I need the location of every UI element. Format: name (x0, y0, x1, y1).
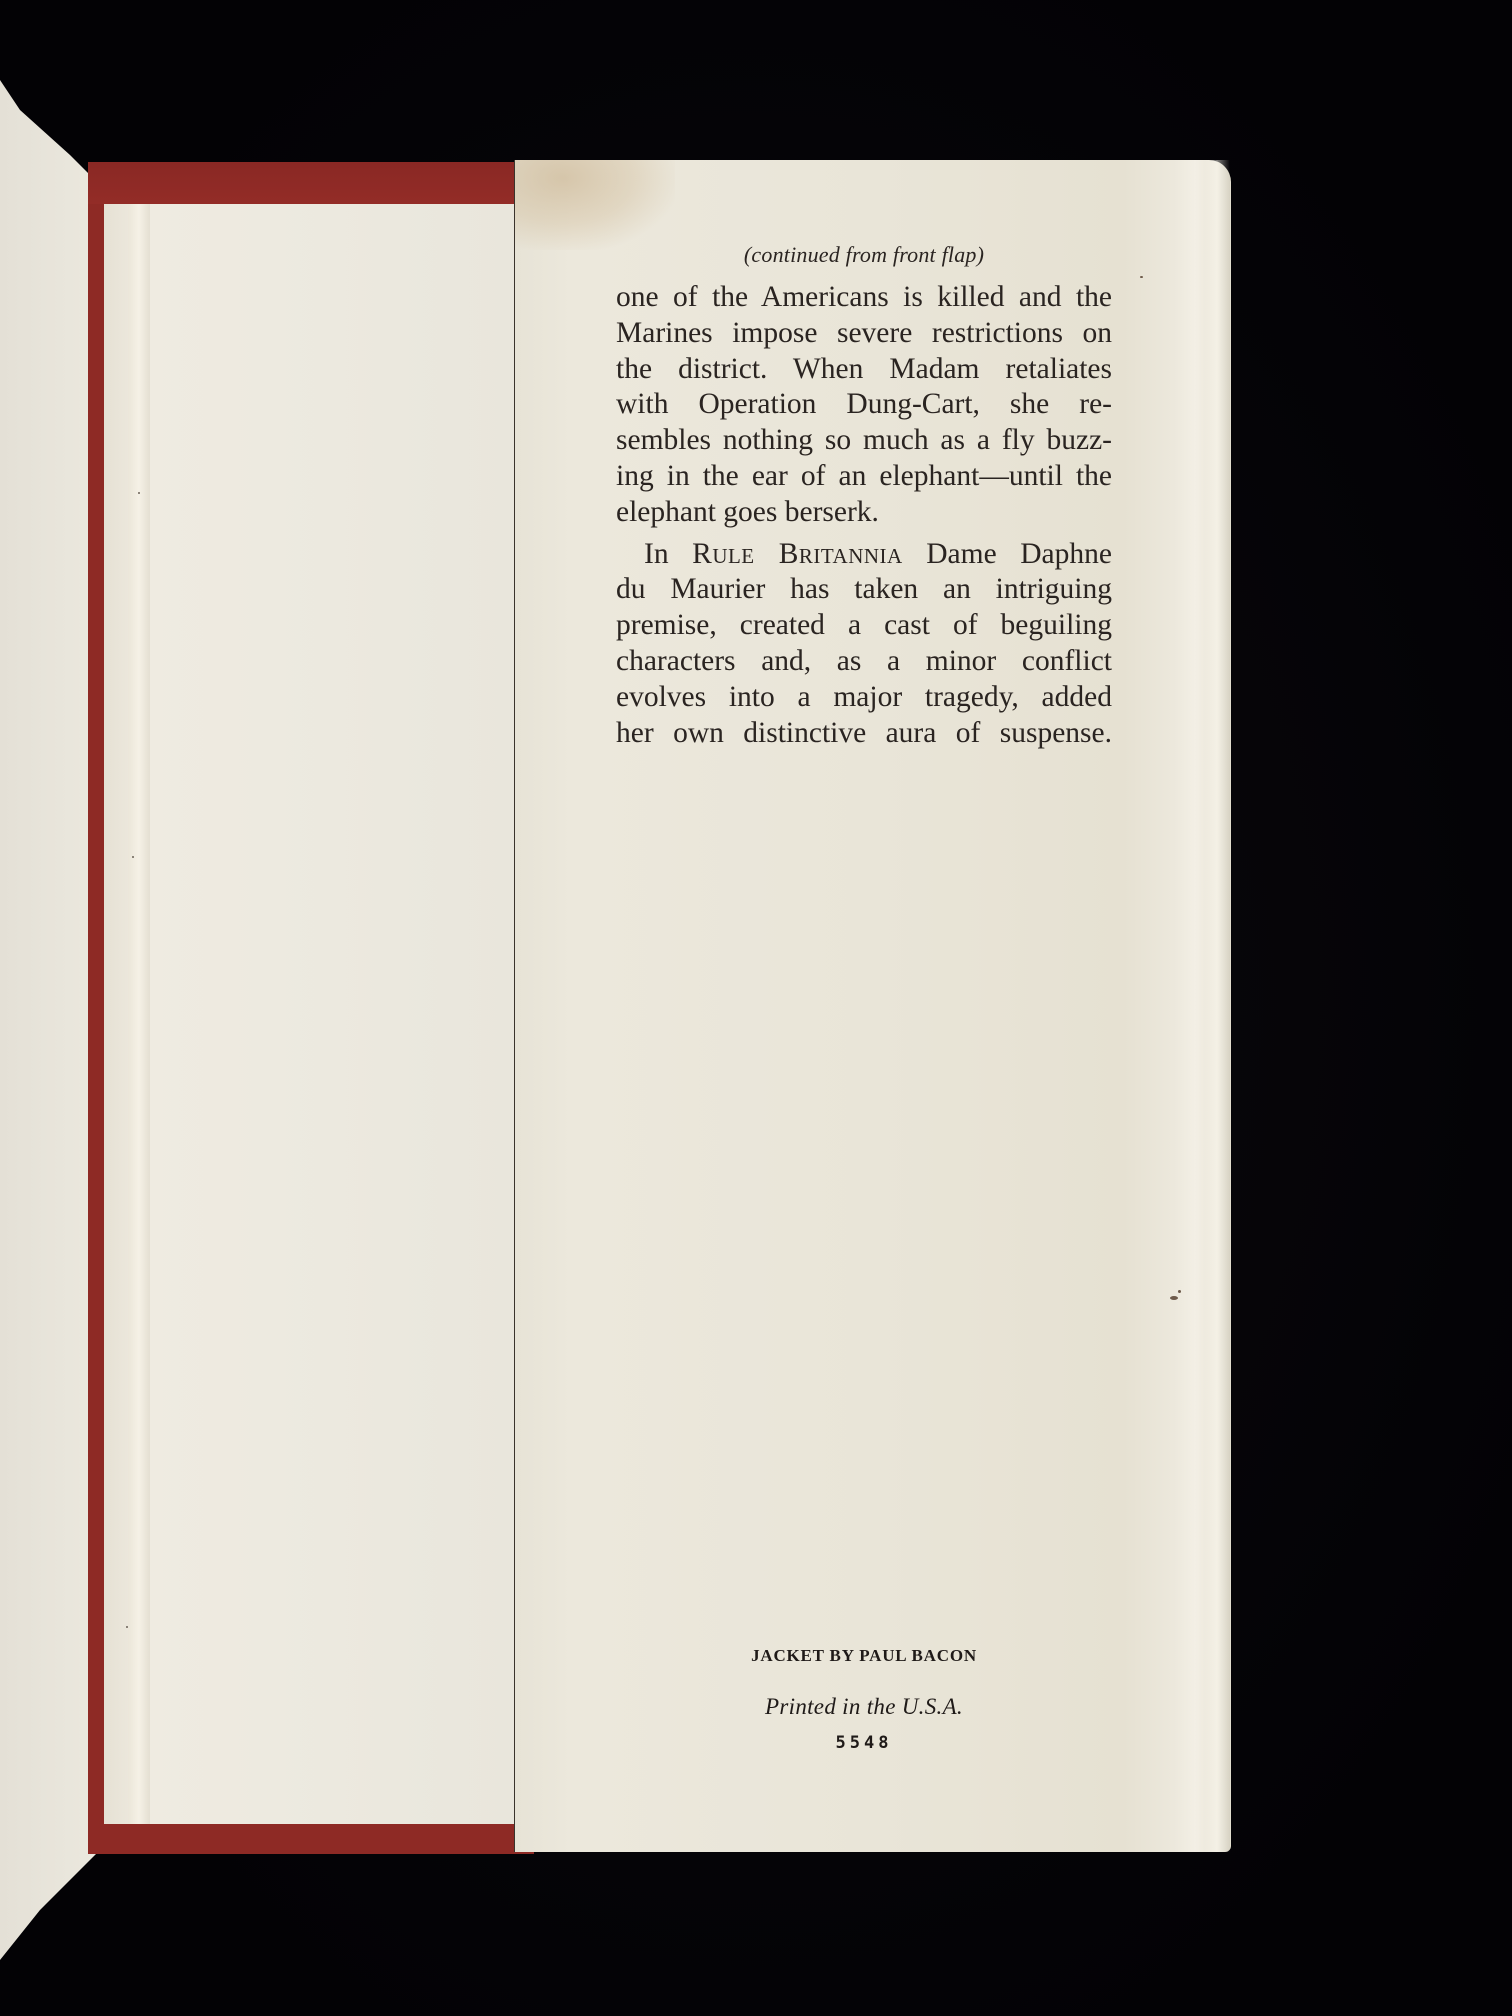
inner-cover-pastedown (104, 204, 514, 1824)
paper-speck (132, 856, 134, 858)
paragraph-2: In Rule Britannia Dame Daphne du Maurier… (616, 537, 1112, 752)
text-line: sembles nothing so much as a fly buzz- (616, 423, 1112, 459)
text-line: her own distinctive aura of suspense. (616, 716, 1112, 752)
text-line: elephant goes berserk. (616, 495, 1112, 531)
text-line: ing in the ear of an elephant—until the (616, 459, 1112, 495)
cover-hinge (128, 204, 150, 1824)
book-title: Rule Britannia (692, 538, 903, 570)
red-cover-board-top-edge (88, 162, 534, 204)
text-line: premise, created a cast of beguiling (616, 608, 1112, 644)
text-line: In Rule Britannia Dame Daphne (616, 537, 1112, 573)
text-line: characters and, as a minor conflict (616, 644, 1112, 680)
text-line: evolves into a major tragedy, added (616, 680, 1112, 716)
paper-blemish (1140, 276, 1143, 278)
text-line: du Maurier has taken an intriguing (616, 572, 1112, 608)
paper-speck (138, 492, 140, 494)
text-line: Marines impose severe restrictions on (616, 316, 1112, 352)
text-rest: Dame Daphne (903, 538, 1112, 570)
catalog-code: 5548 (616, 1733, 1112, 1753)
flap-copy: (continued from front flap) one of the A… (616, 242, 1112, 751)
water-stain (515, 160, 675, 250)
continued-note: (continued from front flap) (616, 242, 1112, 268)
paper-speck (126, 1626, 128, 1628)
text-line: the district. When Madam retaliates (616, 352, 1112, 388)
paper-blemish (1178, 1290, 1181, 1293)
text-line: with Operation Dung-Cart, she re- (616, 387, 1112, 423)
text-line: one of the Americans is killed and the (616, 280, 1112, 316)
paper-blemish (1170, 1296, 1178, 1300)
paragraph-1: one of the Americans is killed and the M… (616, 280, 1112, 531)
jacket-credit: JACKET BY PAUL BACON (616, 1646, 1112, 1666)
printed-in-note: Printed in the U.S.A. (616, 1694, 1112, 1720)
text-lead: In (644, 538, 692, 570)
book-photo: (continued from front flap) one of the A… (0, 0, 1512, 2016)
